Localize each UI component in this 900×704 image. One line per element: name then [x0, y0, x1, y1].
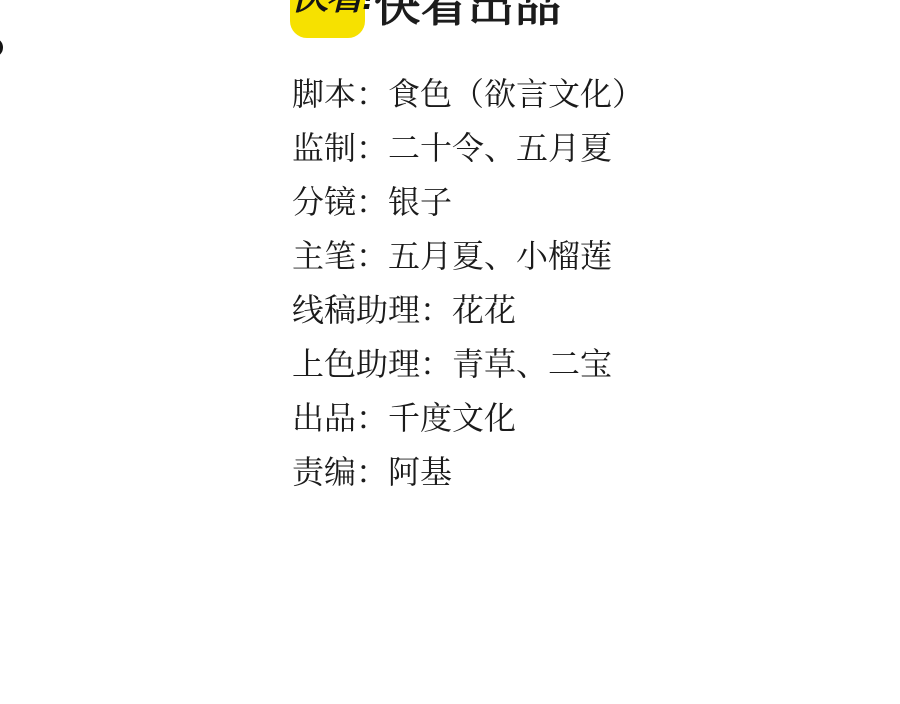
credit-value: 阿基	[388, 454, 452, 490]
credit-label: 出品	[292, 400, 356, 436]
cropped-glyph-artifact	[0, 39, 3, 56]
credit-label: 监制	[292, 130, 356, 166]
credit-line-storyboard: 分镜：银子	[292, 175, 644, 229]
credit-label: 分镜	[292, 184, 356, 220]
brand-title: 快看出品	[374, 0, 562, 28]
credit-line-lead-artist: 主笔：五月夏、小榴莲	[292, 229, 644, 283]
kuaikan-logo-icon: 快看!	[290, 0, 365, 16]
credit-value: 花花	[452, 292, 516, 328]
credit-value: 银子	[388, 184, 452, 220]
credit-separator: ：	[356, 130, 388, 166]
credit-line-producer: 出品：千度文化	[292, 391, 644, 445]
kuaikan-logo-badge: 快看!	[290, 0, 365, 38]
credit-separator: ：	[356, 184, 388, 220]
credit-separator: ：	[356, 76, 388, 112]
credits-list: 脚本：食色（欲言文化） 监制：二十令、五月夏 分镜：银子 主笔：五月夏、小榴莲 …	[292, 67, 644, 499]
credit-value: 食色（欲言文化）	[388, 76, 644, 112]
credit-line-script: 脚本：食色（欲言文化）	[292, 67, 644, 121]
credit-value: 千度文化	[388, 400, 516, 436]
credit-value: 二十令、五月夏	[388, 130, 612, 166]
credit-label: 上色助理	[292, 346, 420, 382]
credit-separator: ：	[356, 238, 388, 274]
credit-separator: ：	[356, 400, 388, 436]
credit-value: 五月夏、小榴莲	[388, 238, 612, 274]
credit-line-editor: 责编：阿基	[292, 445, 644, 499]
credit-label: 脚本	[292, 76, 356, 112]
credit-label: 线稿助理	[292, 292, 420, 328]
credit-label: 主笔	[292, 238, 356, 274]
comic-credits-page: 快看! 快看出品 脚本：食色（欲言文化） 监制：二十令、五月夏 分镜：银子 主笔…	[0, 0, 900, 704]
credit-line-lineart-assistant: 线稿助理：花花	[292, 283, 644, 337]
credit-separator: ：	[420, 346, 452, 382]
credit-value: 青草、二宝	[452, 346, 612, 382]
credit-separator: ：	[356, 454, 388, 490]
credit-separator: ：	[420, 292, 452, 328]
credit-label: 责编	[292, 454, 356, 490]
credit-line-coloring-assistant: 上色助理：青草、二宝	[292, 337, 644, 391]
credit-line-supervisor: 监制：二十令、五月夏	[292, 121, 644, 175]
